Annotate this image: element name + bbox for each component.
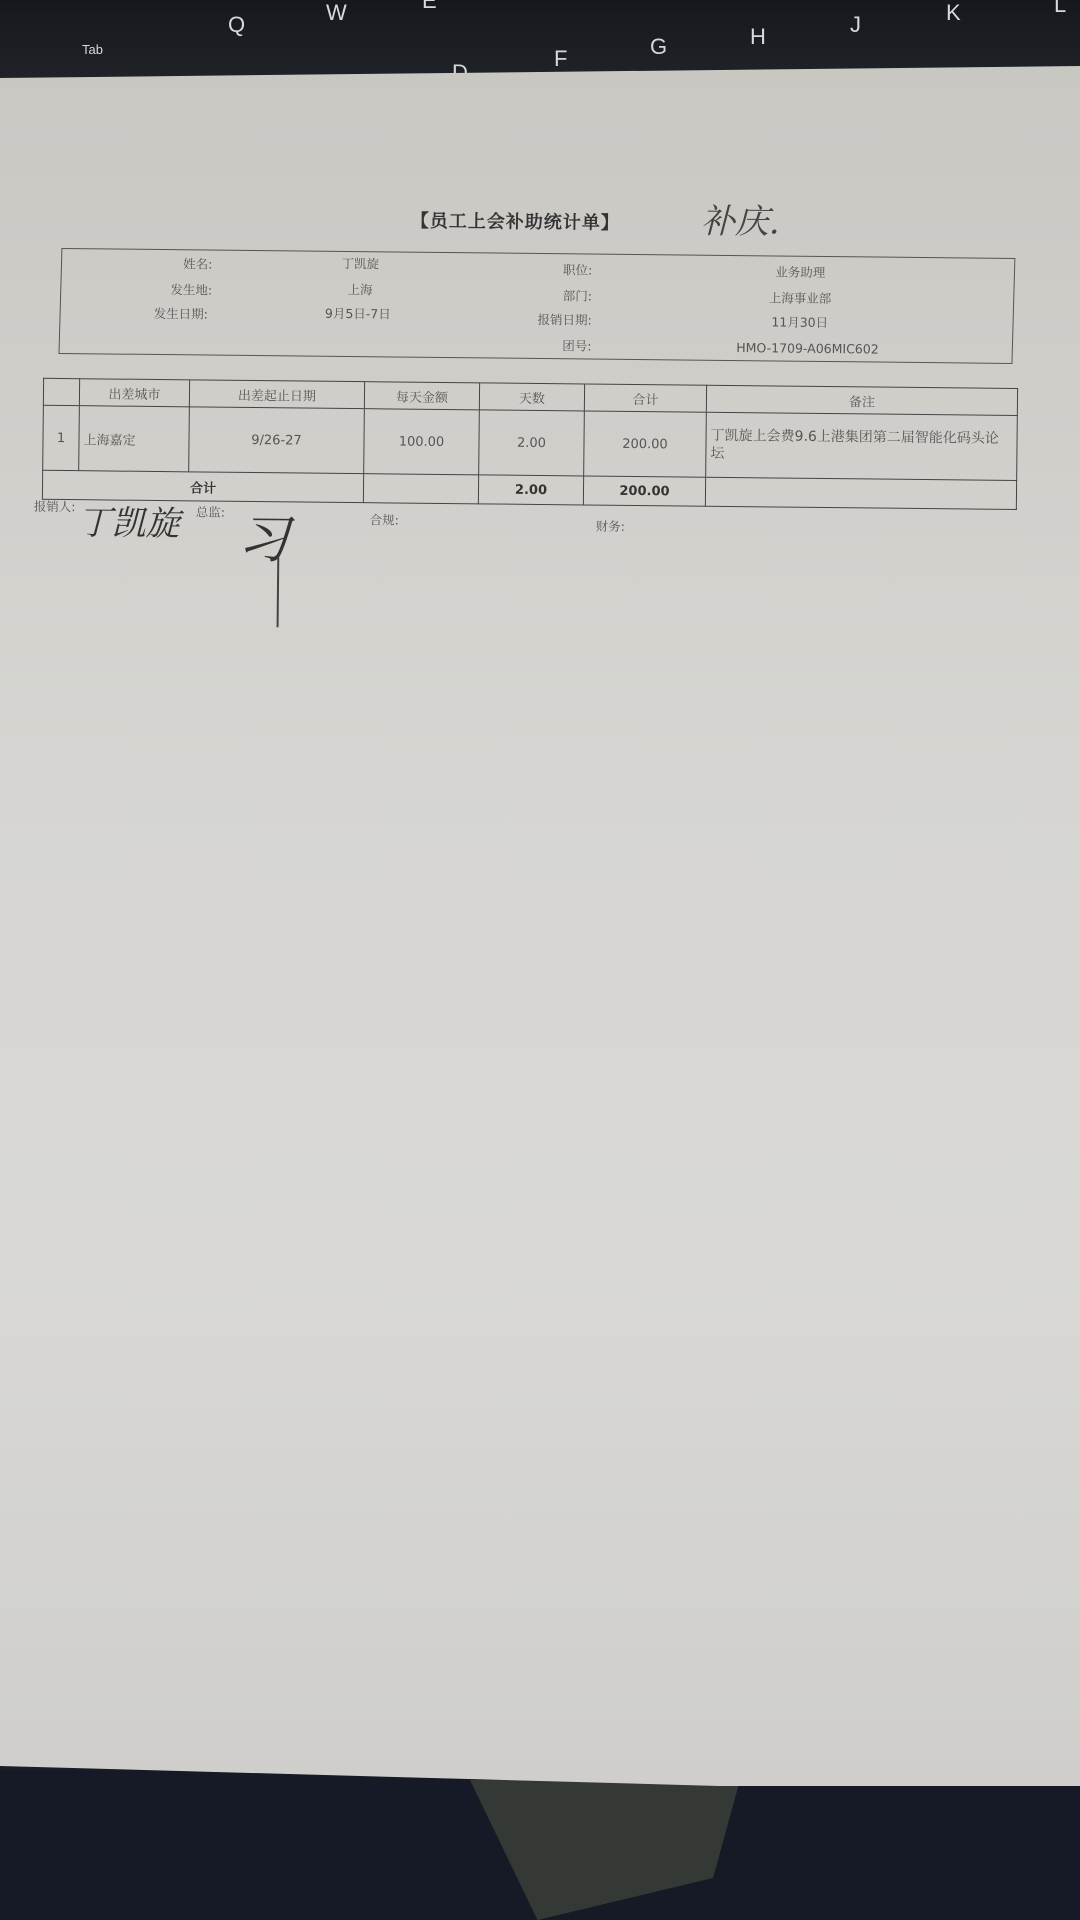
department-value: 上海事业部 (700, 288, 900, 308)
handwritten-note: 补庆. (701, 194, 780, 244)
header-daily-amount: 每天金额 (364, 382, 479, 410)
reimburse-date-value: 11月30日 (700, 312, 900, 332)
header-city: 出差城市 (79, 379, 189, 407)
finance-label: 财务: (596, 517, 625, 535)
date-label: 发生日期: (88, 303, 208, 322)
name-value: 丁凯旋 (260, 253, 460, 273)
row-index: 1 (43, 405, 80, 470)
name-label: 姓名: (92, 253, 212, 272)
department-label: 部门: (472, 285, 592, 304)
total-daily-amount (363, 474, 478, 504)
row-note: 丁凯旋上会费9.6上港集团第二届智能化码头论坛 (706, 412, 1018, 480)
location-label: 发生地: (92, 279, 212, 298)
header-index (43, 378, 79, 405)
applicant-signature: 丁凯旋 (77, 495, 180, 545)
signature-stroke (277, 557, 279, 627)
reimburse-date-label: 报销日期: (472, 309, 592, 328)
row-daily-amount: 100.00 (364, 409, 480, 475)
applicant-label: 报销人: (34, 497, 76, 515)
header-dates: 出差起止日期 (189, 380, 364, 409)
row-total: 200.00 (584, 411, 707, 477)
row-dates: 9/26-27 (189, 407, 365, 474)
row-city: 上海嘉定 (79, 406, 190, 472)
table-row: 1 上海嘉定 9/26-27 100.00 2.00 200.00 丁凯旋上会费… (43, 405, 1018, 480)
total-note (705, 477, 1016, 509)
total-amount: 200.00 (583, 476, 705, 506)
expense-table: 出差城市 出差起止日期 每天金额 天数 合计 备注 1 上海嘉定 9/26-27… (42, 378, 1018, 510)
location-value: 上海 (260, 279, 460, 299)
header-note: 备注 (706, 385, 1017, 415)
compliance-label: 合规: (370, 510, 399, 528)
date-value: 9月5日-7日 (258, 303, 458, 323)
group-label: 团号: (471, 335, 591, 354)
row-days: 2.00 (479, 410, 585, 476)
document: 【员工上会补助统计单】 补庆. 姓名: 丁凯旋 发生地: 上海 发生日期: 9月… (0, 0, 1080, 1920)
document-title: 【员工上会补助统计单】 (411, 207, 620, 235)
director-label: 总监: (196, 502, 225, 520)
header-days: 天数 (479, 383, 584, 411)
total-days: 2.00 (478, 475, 583, 505)
position-label: 职位: (472, 259, 592, 278)
position-value: 业务助理 (700, 262, 900, 282)
header-total: 合计 (584, 384, 706, 412)
director-signature: 习 (237, 497, 290, 573)
group-value: HMO-1709-A06MIC602 (707, 340, 907, 357)
